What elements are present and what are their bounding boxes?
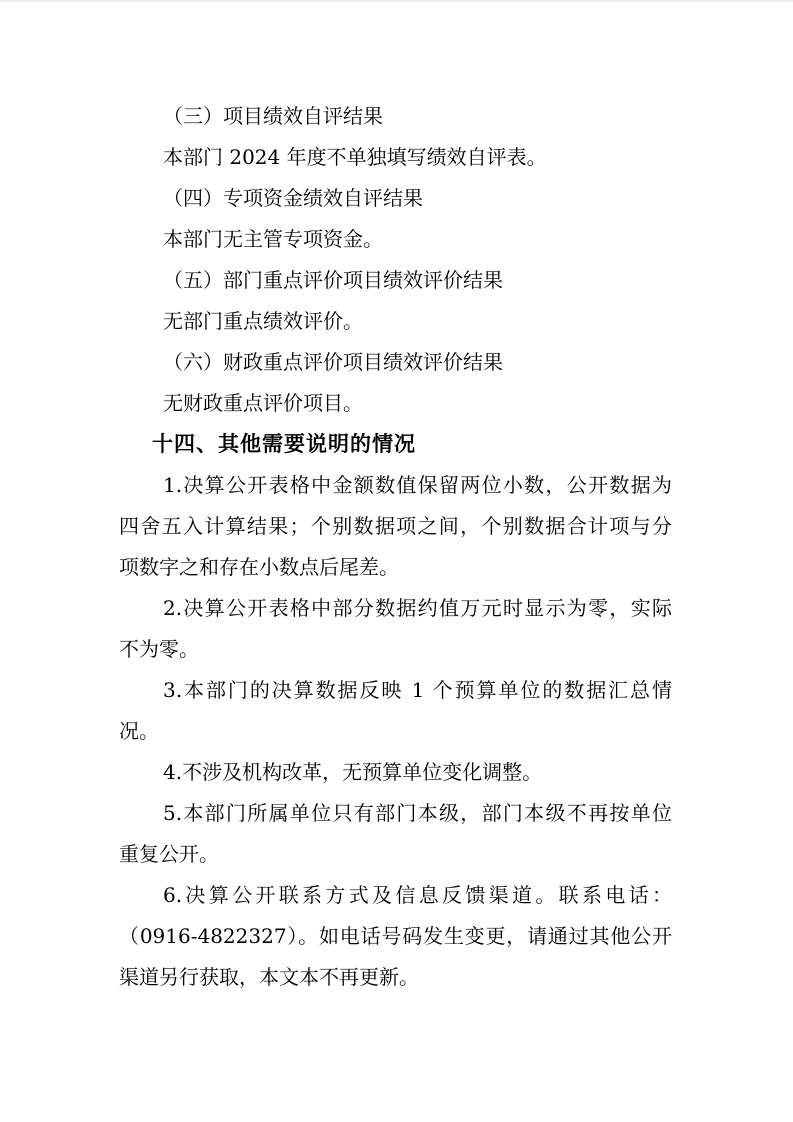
text-line: （五）部门重点评价项目绩效评价结果 <box>119 260 672 301</box>
text-line: 无财政重点评价项目。 <box>119 383 672 424</box>
text-line: 5.本部门所属单位只有部门本级，部门本级不再按单位 <box>119 793 672 834</box>
text-line: 本部门 2024 年度不单独填写绩效自评表。 <box>119 137 672 178</box>
document-canvas: { "page": { "background": "#ffffff", "te… <box>0 0 793 1122</box>
text-line: （四）专项资金绩效自评结果 <box>119 178 672 219</box>
text-line: 2.决算公开表格中部分数据约值万元时显示为零，实际 <box>119 588 672 629</box>
text-line: （三）项目绩效自评结果 <box>119 96 672 137</box>
document-page: （三）项目绩效自评结果本部门 2024 年度不单独填写绩效自评表。（四）专项资金… <box>119 96 672 998</box>
text-line: 况。 <box>119 711 672 752</box>
text-line: 无部门重点绩效评价。 <box>119 301 672 342</box>
text-line: 3.本部门的决算数据反映 1 个预算单位的数据汇总情 <box>119 670 672 711</box>
section-heading: 十四、其他需要说明的情况 <box>119 424 672 465</box>
text-line: 重复公开。 <box>119 834 672 875</box>
text-line: （0916-4822327）。如电话号码发生变更，请通过其他公开 <box>119 916 672 957</box>
text-line: 项数字之和存在小数点后尾差。 <box>119 547 672 588</box>
text-line: 6.决算公开联系方式及信息反馈渠道。联系电话： <box>119 875 672 916</box>
text-line: （六）财政重点评价项目绩效评价结果 <box>119 342 672 383</box>
text-line: 不为零。 <box>119 629 672 670</box>
text-line: 四舍五入计算结果；个别数据项之间，个别数据合计项与分 <box>119 506 672 547</box>
text-line: 1.决算公开表格中金额数值保留两位小数，公开数据为 <box>119 465 672 506</box>
text-line: 本部门无主管专项资金。 <box>119 219 672 260</box>
text-line: 4.不涉及机构改革，无预算单位变化调整。 <box>119 752 672 793</box>
text-line: 渠道另行获取，本文本不再更新。 <box>119 957 672 998</box>
